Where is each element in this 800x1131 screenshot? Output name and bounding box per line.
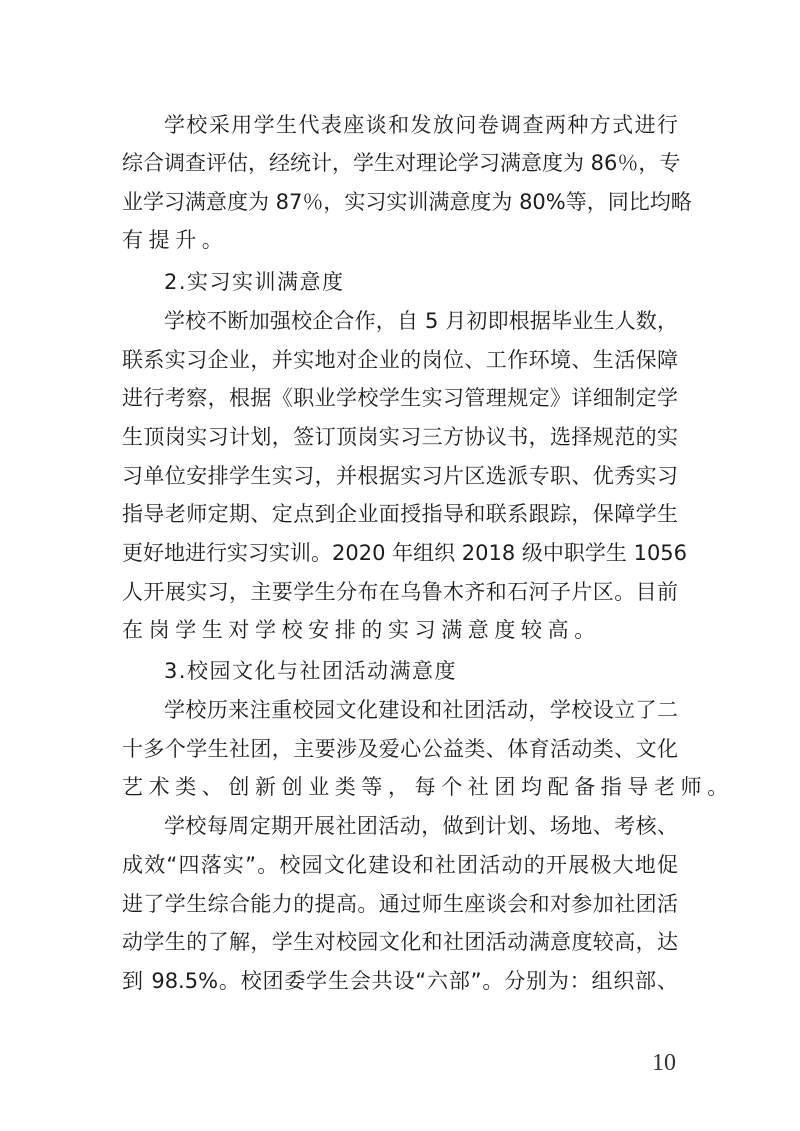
paragraph-internship-line-6: 指导老师定期、定点到企业面授指导和联系跟踪，保障学生 <box>122 499 678 529</box>
paragraph-activities-line-3: 进了学生综合能力的提高。通过师生座谈会和对参加社团活 <box>122 889 678 919</box>
paragraph-activities-line-1: 学校每周定期开展社团活动，做到计划、场地、考核、 <box>164 811 678 841</box>
paragraph-clubs-line-3: 艺术类、创新创业类等，每个社团均配备指导老师。 <box>122 772 682 802</box>
section-heading-internship: 2.实习实训满意度 <box>164 267 724 297</box>
document-page: 学校采用学生代表座谈和发放问卷调查两种方式进行 综合调查评估，经统计，学生对理论… <box>0 0 800 1131</box>
paragraph-internship-line-4: 生顶岗实习计划，签订顶岗实习三方协议书，选择规范的实 <box>122 422 678 452</box>
paragraph-activities-line-2: 成效“四落实”。校园文化建设和社团活动的开展极大地促 <box>122 850 678 880</box>
paragraph-survey-line-2: 综合调查评估，经统计，学生对理论学习满意度为 86％，专 <box>122 148 678 178</box>
paragraph-survey-line-4: 有提升。 <box>122 225 682 255</box>
paragraph-clubs-line-1: 学校历来注重校园文化建设和社团活动，学校设立了二 <box>164 695 678 725</box>
paragraph-internship-line-1: 学校不断加强校企合作，自 5 月初即根据毕业生人数， <box>164 306 678 336</box>
paragraph-activities-line-4: 动学生的了解，学生对校园文化和社团活动满意度较高，达 <box>122 927 678 957</box>
paragraph-internship-line-9: 在岗学生对学校安排的实习满意度较高。 <box>122 615 682 645</box>
paragraph-survey-line-1: 学校采用学生代表座谈和发放问卷调查两种方式进行 <box>164 110 678 140</box>
page-number: 10 <box>652 1049 676 1077</box>
paragraph-internship-line-8: 人开展实习，主要学生分布在乌鲁木齐和石河子片区。目前 <box>122 577 678 607</box>
paragraph-internship-line-5: 习单位安排学生实习，并根据实习片区选派专职、优秀实习 <box>122 461 678 491</box>
paragraph-clubs-line-2: 十多个学生社团，主要涉及爱心公益类、体育活动类、文化 <box>122 734 678 764</box>
paragraph-survey-line-3: 业学习满意度为 87％，实习实训满意度为 80%等，同比均略 <box>122 187 678 217</box>
paragraph-internship-line-7: 更好地进行实习实训。2020 年组织 2018 级中职学生 1056 <box>122 538 678 568</box>
paragraph-activities-line-5: 到 98.5%。校团委学生会共设“六部”。分别为：组织部、 <box>122 966 678 996</box>
paragraph-internship-line-3: 进行考察，根据《职业学校学生实习管理规定》详细制定学 <box>122 383 678 413</box>
paragraph-internship-line-2: 联系实习企业，并实地对企业的岗位、工作环境、生活保障 <box>122 345 678 375</box>
section-heading-campus-culture: 3.校园文化与社团活动满意度 <box>164 656 724 686</box>
